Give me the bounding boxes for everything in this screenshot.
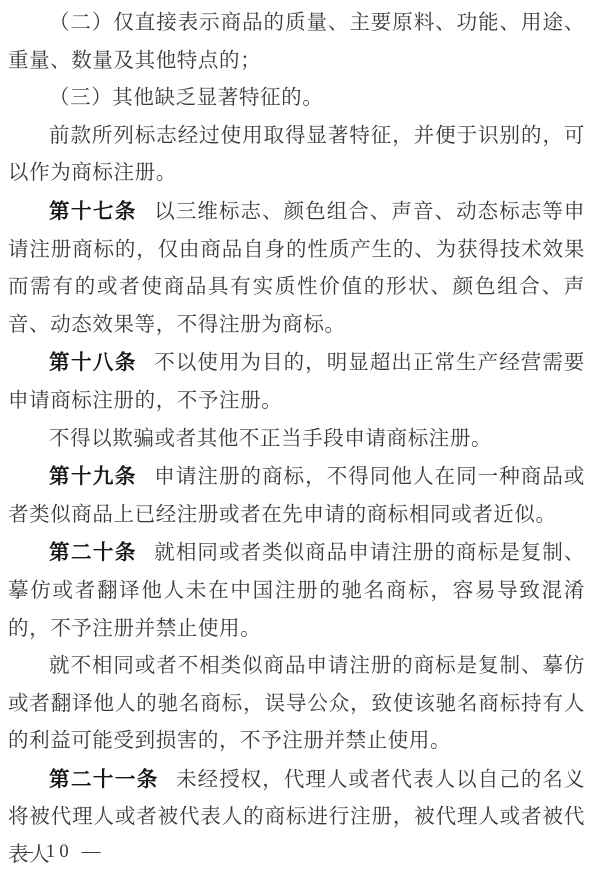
article-number: 第二十条 <box>49 541 137 564</box>
paragraph-article-17: 第十七条以三维标志、颜色组合、声音、动态标志等申请注册商标的，仅由商品自身的性质… <box>8 193 585 344</box>
page-content: （二）仅直接表示商品的质量、主要原料、功能、用途、重量、数量及其他特点的； （三… <box>8 5 585 870</box>
paragraph-text: （二）仅直接表示商品的质量、主要原料、功能、用途、重量、数量及其他特点的； <box>8 12 585 72</box>
paragraph-article-18-clause-2: 不得以欺骗或者其他不正当手段申请商标注册。 <box>8 421 585 459</box>
article-number: 第十七条 <box>49 200 137 223</box>
article-number: 第十八条 <box>49 351 137 374</box>
paragraph-text: 不得以欺骗或者其他不正当手段申请商标注册。 <box>49 428 492 450</box>
paragraph-item-2: （二）仅直接表示商品的质量、主要原料、功能、用途、重量、数量及其他特点的； <box>8 5 585 80</box>
article-number: 第二十一条 <box>49 768 159 791</box>
paragraph-text: 前款所列标志经过使用取得显著特征，并便于识别的，可以作为商标注册。 <box>8 125 585 185</box>
document-page: （二）仅直接表示商品的质量、主要原料、功能、用途、重量、数量及其他特点的； （三… <box>0 0 593 870</box>
paragraph-article-20: 第二十条就相同或者类似商品申请注册的商标是复制、摹仿或者翻译他人未在中国注册的驰… <box>8 534 585 648</box>
page-number: — 10 — <box>14 840 105 864</box>
paragraph-preceding-clause: 前款所列标志经过使用取得显著特征，并便于识别的，可以作为商标注册。 <box>8 118 585 193</box>
paragraph-article-18: 第十八条不以使用为目的，明显超出正常生产经营需要申请商标注册的，不予注册。 <box>8 344 585 420</box>
paragraph-text: 就不相同或者不相类似商品申请注册的商标是复制、摹仿或者翻译他人的驰名商标，误导公… <box>8 655 585 752</box>
paragraph-item-3: （三）其他缺乏显著特征的。 <box>8 80 585 118</box>
paragraph-text: （三）其他缺乏显著特征的。 <box>49 87 323 109</box>
paragraph-article-19: 第十九条申请注册的商标，不得同他人在同一种商品或者类似商品上已经注册或者在先申请… <box>8 458 585 534</box>
paragraph-article-20-clause-2: 就不相同或者不相类似商品申请注册的商标是复制、摹仿或者翻译他人的驰名商标，误导公… <box>8 648 585 761</box>
article-number: 第十九条 <box>49 465 137 488</box>
